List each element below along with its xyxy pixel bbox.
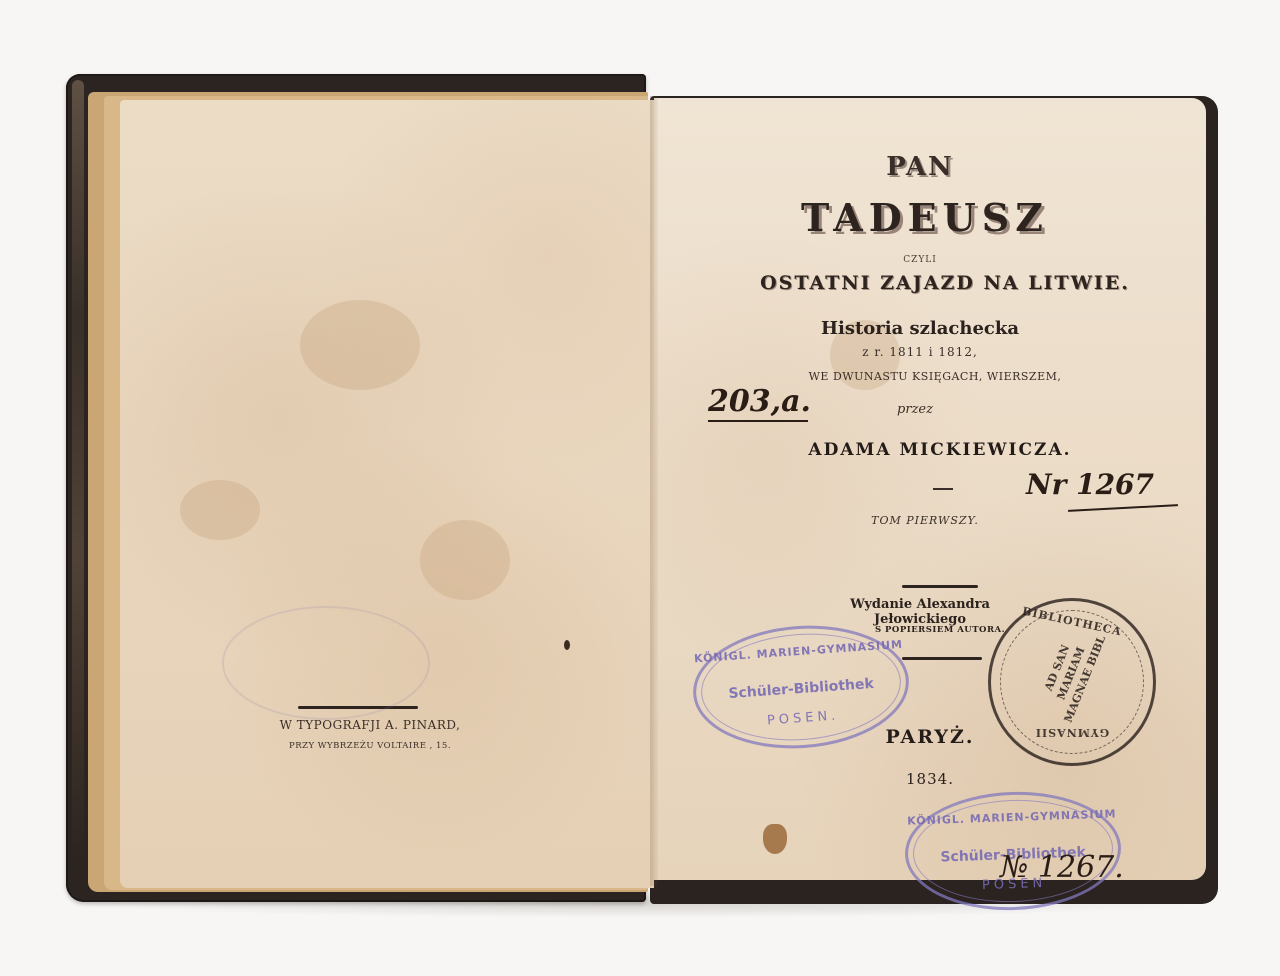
- stamp-bottom-text: GYMNASII: [991, 726, 1153, 739]
- city-label: PARYŻ.: [880, 726, 980, 748]
- foxing-stain: [420, 520, 510, 600]
- przez-line: przez: [870, 402, 960, 417]
- library-stamp-round: BIBLIOTHECA AD SAN MARIAM MAGNAE BIBL GY…: [988, 598, 1156, 766]
- title-pan: PAN: [860, 152, 980, 182]
- faded-stamp-ghost: [222, 606, 430, 720]
- ornament-rule: [902, 657, 982, 660]
- subtitle: OSTATNI ZAJAZD NA LITWIE.: [735, 272, 1155, 294]
- brown-stain: [763, 824, 787, 854]
- author-name: ADAMA MICKIEWICZA.: [770, 440, 1110, 460]
- years-line: z r. 1811 i 1812,: [830, 345, 1010, 359]
- genre-line: Historia szlachecka: [800, 318, 1040, 339]
- handwritten-underline: [708, 420, 808, 422]
- foxing-stain: [180, 480, 260, 540]
- handwritten-number-bottom: № 1267.: [1000, 850, 1124, 885]
- ink-spot: [564, 640, 570, 650]
- dash-rule: [933, 488, 953, 490]
- portrait-line: S POPIERSIEM AUTORA.: [870, 625, 1010, 635]
- title-tadeusz: TADEUSZ: [760, 195, 1090, 240]
- handwritten-number: Nr 1267: [1026, 468, 1154, 501]
- foxing-stain: [300, 300, 420, 390]
- printer-imprint: W TYPOGRAFJI A. PINARD,: [270, 718, 470, 732]
- handwritten-shelf-mark: 203,a.: [708, 384, 811, 419]
- printer-address: PRZY WYBRZEŻU VOLTAIRE , 15.: [270, 741, 470, 751]
- volume-label: TOM PIERWSZY.: [850, 514, 1000, 527]
- books-line: WE DWUNASTU KSIĘGACH, WIERSZEM,: [800, 370, 1070, 383]
- book-gutter: [650, 96, 658, 886]
- year-label: 1834.: [895, 770, 965, 788]
- worn-spine-edge: [72, 80, 84, 870]
- title-czyli: CZYLI: [880, 255, 960, 265]
- ornament-rule: [902, 585, 978, 588]
